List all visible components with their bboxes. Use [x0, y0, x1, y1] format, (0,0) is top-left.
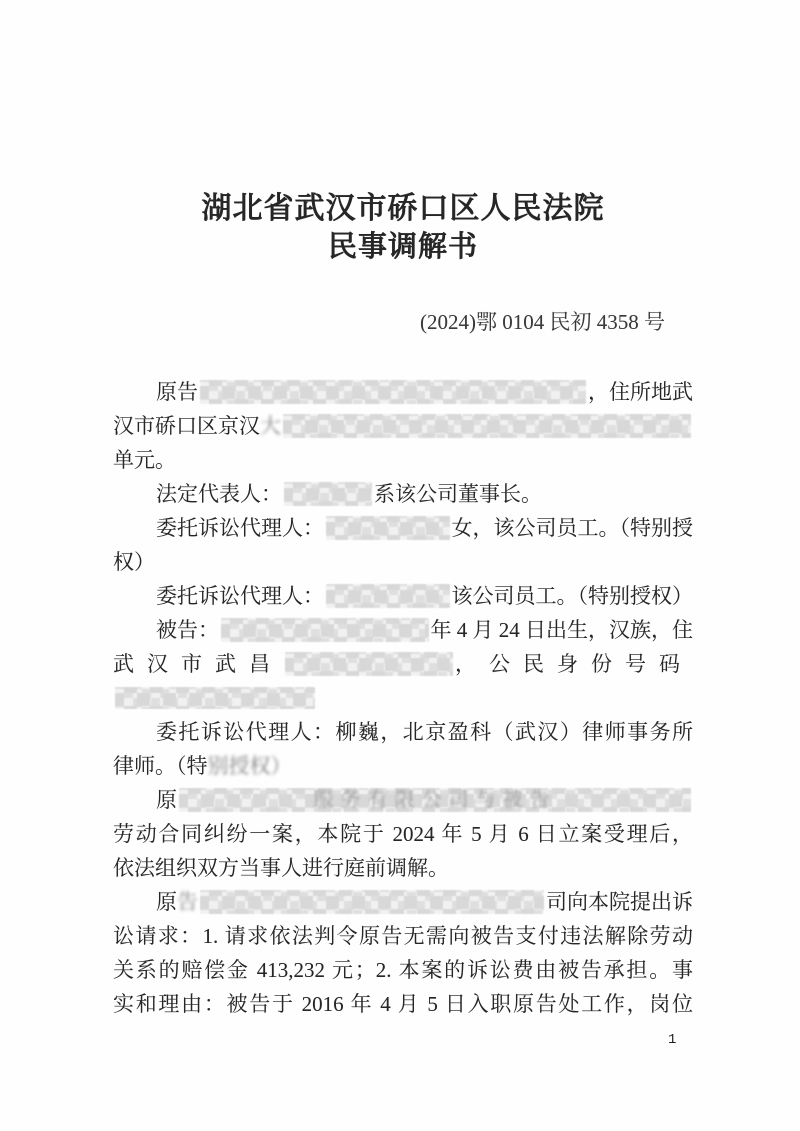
ghost-text: 服务有限公司与被告	[179, 788, 691, 812]
body-line-18: 关系的赔偿金 413,232 元；2. 本案的诉讼费由被告承担。事	[113, 953, 693, 987]
redaction-block	[285, 652, 453, 676]
smudged-text: 别授权）	[208, 749, 292, 783]
body-line-15: 依法组织双方当事人进行庭前调解。	[113, 851, 693, 885]
text-segment: 委托诉讼代理人：	[156, 511, 324, 545]
text-segment: 武汉市武昌	[113, 647, 283, 681]
text-segment: 系该公司董事长。	[374, 477, 542, 511]
text-segment: 汉市硚口区京汉	[113, 409, 260, 443]
text-segment: 法定代表人：	[156, 477, 282, 511]
page-number: 1	[668, 1032, 676, 1048]
body-line-10	[113, 681, 693, 715]
text-segment: 原告	[156, 375, 198, 409]
text-segment: ，公民身份号码	[455, 647, 693, 681]
redaction-block	[326, 516, 450, 540]
body-line-9: 武汉市武昌，公民身份号码	[113, 647, 693, 681]
document-body: 原告，住所地武汉市硚口区京汉大单元。法定代表人：系该公司董事长。委托诉讼代理人：…	[113, 375, 693, 1021]
text-segment: 被告：	[156, 613, 219, 647]
text-segment: 原	[156, 783, 177, 817]
text-segment: 律师。（特	[113, 749, 208, 783]
redaction-block	[200, 380, 586, 404]
body-line-7: 委托诉讼代理人：该公司员工。（特别授权）	[113, 579, 693, 613]
body-line-4: 法定代表人：系该公司董事长。	[113, 477, 693, 511]
redaction-block	[115, 687, 315, 709]
text-segment: 原	[156, 885, 177, 919]
body-line-12: 律师。（特别授权）	[113, 749, 693, 783]
body-line-6: 权）	[113, 545, 693, 579]
body-line-8: 被告：年 4 月 24 日出生，汉族，住	[113, 613, 693, 647]
body-line-1: 原告，住所地武	[113, 375, 693, 409]
text-segment: ，住所地武	[588, 375, 693, 409]
document-title: 民事调解书	[113, 224, 693, 265]
body-line-13: 原服务有限公司与被告	[113, 783, 693, 817]
body-line-3: 单元。	[113, 443, 693, 477]
redaction-block	[221, 618, 429, 642]
court-name: 湖北省武汉市硚口区人民法院	[113, 183, 693, 227]
smudged-text: 告	[177, 885, 198, 919]
text-segment: 女，该公司员工。（特别授	[452, 511, 694, 545]
body-line-19: 实和理由：被告于 2016 年 4 月 5 日入职原告处工作，岗位	[113, 987, 693, 1021]
text-segment: 年 4 月 24 日出生，汉族，住	[431, 613, 694, 647]
case-number: (2024)鄂 0104 民初 4358 号	[113, 306, 693, 336]
text-segment: 委托诉讼代理人：	[156, 579, 324, 613]
smudged-text: 大	[260, 409, 281, 443]
text-segment: 该公司员工。（特别授权）	[452, 579, 694, 613]
body-line-2: 汉市硚口区京汉大	[113, 409, 693, 443]
document-page: 湖北省武汉市硚口区人民法院 民事调解书 (2024)鄂 0104 民初 4358…	[0, 0, 800, 1131]
redaction-block	[284, 482, 372, 506]
body-line-17: 讼请求：1. 请求依法判令原告无需向被告支付违法解除劳动	[113, 919, 693, 953]
body-line-16: 原告司向本院提出诉	[113, 885, 693, 919]
body-line-5: 委托诉讼代理人：女，该公司员工。（特别授	[113, 511, 693, 545]
body-line-11: 委托诉讼代理人：柳巍，北京盈科（武汉）律师事务所	[113, 715, 693, 749]
redaction-block: 服务有限公司与被告	[179, 788, 691, 812]
text-segment: 司向本院提出诉	[546, 885, 693, 919]
redaction-block	[283, 414, 691, 438]
body-line-14: 劳动合同纠纷一案，本院于 2024 年 5 月 6 日立案受理后，	[113, 817, 693, 851]
redaction-block	[326, 584, 450, 608]
redaction-block	[200, 890, 544, 914]
